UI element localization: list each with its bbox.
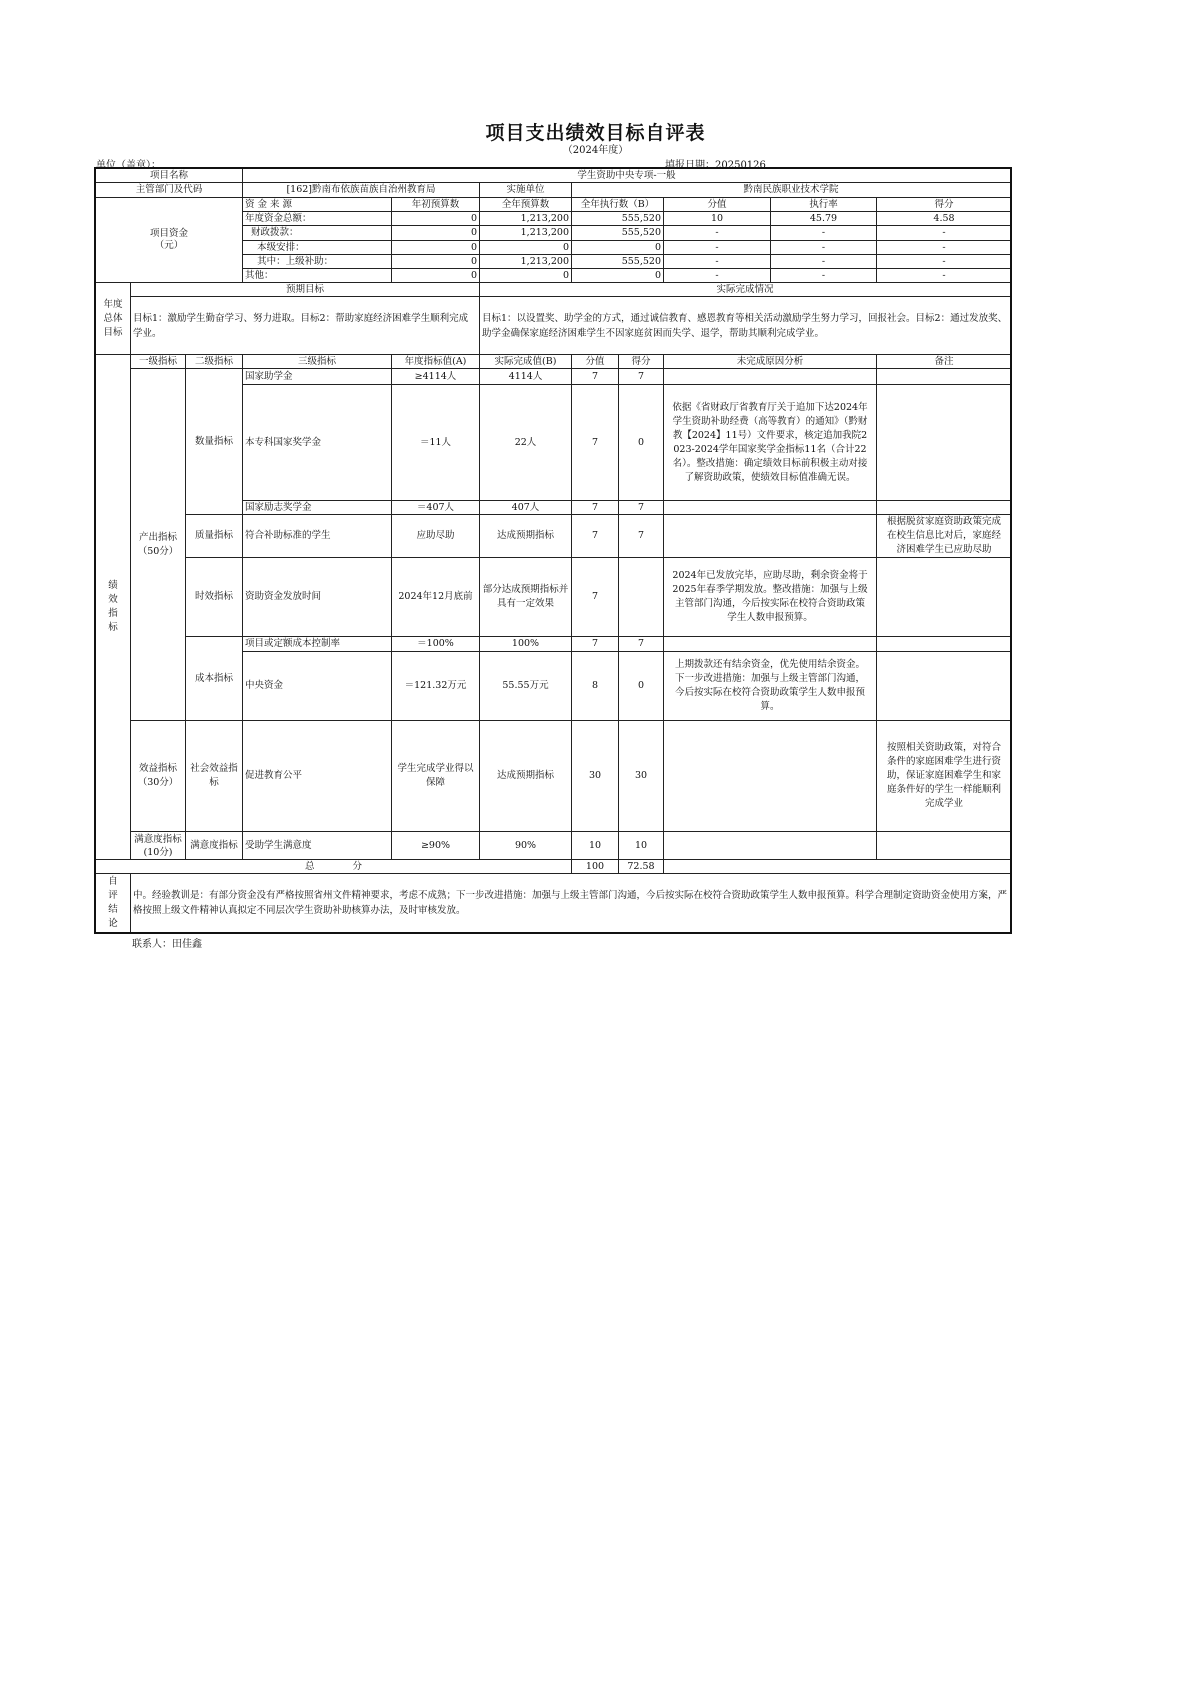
funds-initial: 0 — [391, 240, 480, 255]
indicator-reason: 上期拨款还有结余资金，优先使用结余资金。下一步改进措施：加强与上级主管部门沟通，… — [663, 651, 877, 721]
total-weight: 100 — [571, 859, 619, 874]
level2-quality: 质量指标 — [185, 514, 243, 558]
indicator-weight: 7 — [571, 368, 619, 385]
project-name-label: 项目名称 — [95, 168, 243, 183]
indicator-score: 7 — [618, 514, 664, 558]
funds-score: - — [876, 240, 1012, 255]
indicator-header-2: 三级指标 — [242, 354, 392, 369]
indicator-name: 国家励志奖学金 — [242, 500, 392, 515]
total-blank — [663, 859, 1011, 874]
dept-value: [162]黔南布依族苗族自治州教育局 — [242, 182, 480, 198]
indicator-weight: 7 — [571, 557, 619, 637]
indicator-target: 2024年12月底前 — [391, 557, 480, 637]
indicator-header-6: 得分 — [618, 354, 664, 369]
dept-label: 主管部门及代码 — [95, 182, 243, 198]
indicator-target: ≥90% — [391, 831, 480, 860]
funds-source: 财政拨款： — [242, 225, 392, 241]
indicator-target: 应助尽助 — [391, 514, 480, 558]
level2-quantity: 数量指标 — [185, 368, 243, 515]
funds-annual: 0 — [479, 240, 572, 255]
indicator-target: ＝100% — [391, 636, 480, 652]
indicator-weight: 30 — [571, 720, 619, 832]
indicator-header-0: 一级指标 — [130, 354, 186, 369]
funds-executed: 0 — [571, 240, 664, 255]
funds-score: 4.58 — [876, 211, 1012, 226]
indicator-score: 7 — [618, 636, 664, 652]
funds-score_value: - — [663, 225, 771, 241]
funds-rate: - — [770, 254, 877, 269]
funds-rate: - — [770, 240, 877, 255]
funds-score_value: - — [663, 240, 771, 255]
indicator-score: 30 — [618, 720, 664, 832]
funds-annual: 1,213,200 — [479, 254, 572, 269]
indicator-reason: 依据《省财政厅省教育厅关于追加下达2024年学生资助补助经费（高等教育）的通知》… — [663, 384, 877, 501]
total-label: 总 分 — [95, 859, 572, 874]
funds-header-6: 得分 — [876, 197, 1012, 212]
funds-header-2: 全年预算数 — [479, 197, 572, 212]
funds-header-5: 执行率 — [770, 197, 877, 212]
indicator-actual: 55.55万元 — [479, 651, 572, 721]
indicator-name: 本专科国家奖学金 — [242, 384, 392, 501]
indicator-note — [876, 636, 1012, 652]
level2-timeliness: 时效指标 — [185, 557, 243, 637]
funds-initial: 0 — [391, 211, 480, 226]
level2-cost: 成本指标 — [185, 636, 243, 721]
funds-executed: 555,520 — [571, 211, 664, 226]
funds-score_value: 10 — [663, 211, 771, 226]
indicator-weight: 7 — [571, 500, 619, 515]
indicator-name: 中央资金 — [242, 651, 392, 721]
funds-executed: 555,520 — [571, 225, 664, 241]
indicator-score: 0 — [618, 651, 664, 721]
level1-benefit: 效益指标（30分） — [130, 720, 186, 832]
indicator-reason — [663, 514, 877, 558]
indicator-weight: 7 — [571, 636, 619, 652]
funds-header-4: 分值 — [663, 197, 771, 212]
indicator-name: 资助资金发放时间 — [242, 557, 392, 637]
indicator-score: 10 — [618, 831, 664, 860]
indicator-target: ＝11人 — [391, 384, 480, 501]
indicator-actual: 407人 — [479, 500, 572, 515]
indicator-reason — [663, 636, 877, 652]
funds-annual: 1,213,200 — [479, 225, 572, 241]
indicator-actual: 90% — [479, 831, 572, 860]
indicator-target: ＝407人 — [391, 500, 480, 515]
indicator-weight: 8 — [571, 651, 619, 721]
indicator-actual: 4114人 — [479, 368, 572, 385]
indicator-note — [876, 557, 1012, 637]
funds-initial: 0 — [391, 254, 480, 269]
funds-unit: （元） — [155, 240, 184, 252]
indicator-note: 按照相关资助政策，对符合条件的家庭困难学生进行资助，保证家庭困难学生和家庭条件好… — [876, 720, 1012, 832]
indicator-header-5: 分值 — [571, 354, 619, 369]
annual-goal-label: 年度总体目标 — [95, 282, 131, 355]
indicator-weight: 7 — [571, 514, 619, 558]
indicator-weight: 7 — [571, 384, 619, 501]
indicator-score: 7 — [618, 368, 664, 385]
indicator-note — [876, 384, 1012, 501]
indicator-header-1: 二级指标 — [185, 354, 243, 369]
conclusion-label: 自评结论 — [95, 873, 131, 933]
report-year: （2024年度） — [0, 141, 1191, 156]
impl-label: 实施单位 — [479, 182, 572, 198]
total-score: 72.58 — [618, 859, 664, 874]
funds-rate: - — [770, 225, 877, 241]
indicator-reason: 2024年已发放完毕，应助尽助，剩余资金将于2025年春季学期发放。整改措施：加… — [663, 557, 877, 637]
funds-annual: 1,213,200 — [479, 211, 572, 226]
funds-source: 年度资金总额： — [242, 211, 392, 226]
indicator-note — [876, 500, 1012, 515]
indicator-name: 项目或定额成本控制率 — [242, 636, 392, 652]
indicator-header-3: 年度指标值(A) — [391, 354, 480, 369]
indicator-score: 0 — [618, 384, 664, 501]
indicator-actual: 达成预期指标 — [479, 720, 572, 832]
funds-header-3: 全年执行数（B） — [571, 197, 664, 212]
funds-score: - — [876, 254, 1012, 269]
indicator-target: ≥4114人 — [391, 368, 480, 385]
indicator-reason — [663, 500, 877, 515]
funds-rate: 45.79 — [770, 211, 877, 226]
expected-goal-text: 目标1：激励学生勤奋学习、努力进取。目标2：帮助家庭经济困难学生顺利完成学业。 — [130, 296, 480, 355]
indicator-score — [618, 557, 664, 637]
indicator-actual: 达成预期指标 — [479, 514, 572, 558]
indicator-reason — [663, 831, 877, 860]
funds-score_value: - — [663, 254, 771, 269]
level2-social: 社会效益指标 — [185, 720, 243, 832]
indicator-name: 受助学生满意度 — [242, 831, 392, 860]
conclusion-text: 中。经验教训是：有部分资金没有严格按照省州文件精神要求，考虑不成熟；下一步改进措… — [130, 873, 1011, 933]
contact-person: 联系人：田佳鑫 — [132, 935, 202, 950]
level1-output: 产出指标（50分） — [130, 368, 186, 721]
indicator-actual: 部分达成预期指标并具有一定效果 — [479, 557, 572, 637]
funds-source: 其中：上级补助： — [242, 254, 392, 269]
indicator-note — [876, 831, 1012, 860]
funds-header-0: 资 金 来 源 — [242, 197, 392, 212]
funds-source: 本级安排： — [242, 240, 392, 255]
funds-score: - — [876, 225, 1012, 241]
indicator-reason — [663, 720, 877, 832]
level1-satisfaction: 满意度指标(10分) — [130, 831, 186, 860]
funds-header-1: 年初预算数 — [391, 197, 480, 212]
indicator-note — [876, 651, 1012, 721]
funds-label-text: 项目资金 — [150, 228, 188, 240]
indicator-actual: 100% — [479, 636, 572, 652]
indicator-header-4: 实际完成值(B) — [479, 354, 572, 369]
indicator-actual: 22人 — [479, 384, 572, 501]
funds-executed: 555,520 — [571, 254, 664, 269]
impl-value: 黔南民族职业技术学院 — [571, 182, 1011, 198]
funds-label: 项目资金 （元） — [95, 197, 243, 283]
indicator-name: 促进教育公平 — [242, 720, 392, 832]
indicator-name: 符合补助标准的学生 — [242, 514, 392, 558]
project-name-value: 学生资助中央专项-一般 — [242, 168, 1011, 183]
actual-goal-header: 实际完成情况 — [479, 282, 1011, 297]
indicator-target: ＝121.32万元 — [391, 651, 480, 721]
indicator-name: 国家助学金 — [242, 368, 392, 385]
level2-satisfaction: 满意度指标 — [185, 831, 243, 860]
actual-goal-text: 目标1：以设置奖、助学金的方式，通过诚信教育、感恩教育等相关活动激励学生努力学习… — [479, 296, 1011, 355]
indicator-header-8: 备注 — [876, 354, 1012, 369]
indicator-note — [876, 368, 1012, 385]
indicator-weight: 10 — [571, 831, 619, 860]
funds-initial: 0 — [391, 225, 480, 241]
performance-indicators-label: 绩效指标 — [95, 354, 131, 860]
indicator-note: 根据脱贫家庭资助政策完成在校生信息比对后，家庭经济困难学生已应助尽助 — [876, 514, 1012, 558]
indicator-reason — [663, 368, 877, 385]
expected-goal-header: 预期目标 — [130, 282, 480, 297]
indicator-header-7: 未完成原因分析 — [663, 354, 877, 369]
indicator-target: 学生完成学业得以保障 — [391, 720, 480, 832]
indicator-score: 7 — [618, 500, 664, 515]
